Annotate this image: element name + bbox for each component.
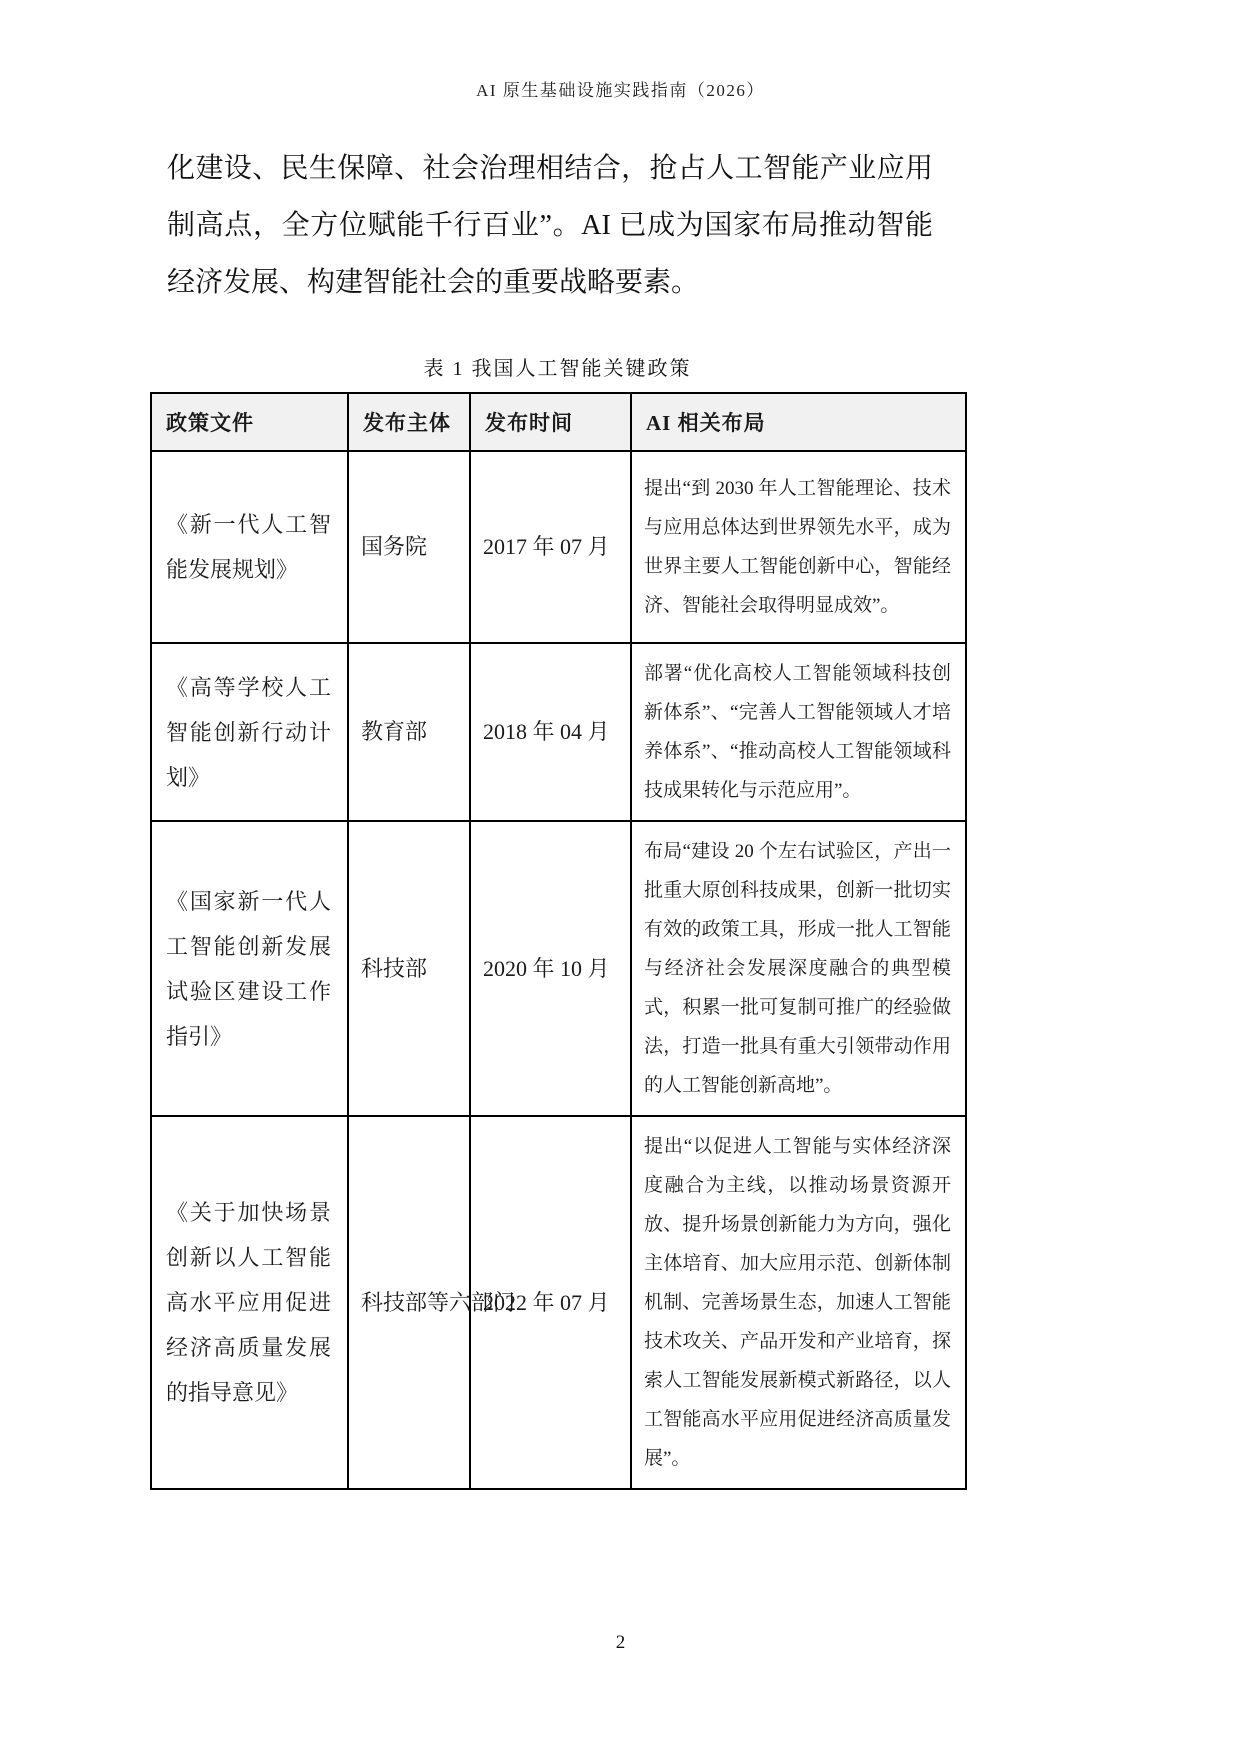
page-number: 2: [0, 1632, 1241, 1654]
cell-issuer: 国务院: [348, 451, 470, 643]
column-header-policy: 政策文件: [151, 393, 348, 451]
table-row: 《国家新一代人工智能创新发展试验区建设工作指引》 科技部 2020 年 10 月…: [151, 821, 966, 1116]
cell-date: 2017 年 07 月: [470, 451, 631, 643]
cell-policy: 《高等学校人工智能创新行动计划》: [151, 643, 348, 821]
table-row: 《关于加快场景创新以人工智能高水平应用促进经济高质量发展的指导意见》 科技部等六…: [151, 1116, 966, 1489]
document-page: AI 原生基础设施实践指南（2026） 化建设、民生保障、社会治理相结合，抢占人…: [0, 0, 1241, 1755]
cell-issuer: 科技部等六部门: [348, 1116, 470, 1489]
column-header-issuer: 发布主体: [348, 393, 470, 451]
cell-policy: 《关于加快场景创新以人工智能高水平应用促进经济高质量发展的指导意见》: [151, 1116, 348, 1489]
table-caption: 表 1 我国人工智能关键政策: [150, 352, 965, 381]
cell-date: 2020 年 10 月: [470, 821, 631, 1116]
cell-layout: 部署“优化高校人工智能领域科技创新体系”、“完善人工智能领域人才培养体系”、“推…: [631, 643, 966, 821]
table-row: 《新一代人工智能发展规划》 国务院 2017 年 07 月 提出“到 2030 …: [151, 451, 966, 643]
cell-policy: 《新一代人工智能发展规划》: [151, 451, 348, 643]
body-paragraph: 化建设、民生保障、社会治理相结合，抢占人工智能产业应用制高点，全方位赋能千行百业…: [167, 140, 933, 311]
cell-date: 2022 年 07 月: [470, 1116, 631, 1489]
column-header-date: 发布时间: [470, 393, 631, 451]
cell-layout: 提出“到 2030 年人工智能理论、技术与应用总体达到世界领先水平，成为世界主要…: [631, 451, 966, 643]
cell-issuer: 教育部: [348, 643, 470, 821]
column-header-layout: AI 相关布局: [631, 393, 966, 451]
policy-table: 政策文件 发布主体 发布时间 AI 相关布局 《新一代人工智能发展规划》 国务院…: [150, 392, 967, 1490]
cell-date: 2018 年 04 月: [470, 643, 631, 821]
table-row: 《高等学校人工智能创新行动计划》 教育部 2018 年 04 月 部署“优化高校…: [151, 643, 966, 821]
running-header: AI 原生基础设施实践指南（2026）: [0, 76, 1241, 101]
table-header-row: 政策文件 发布主体 发布时间 AI 相关布局: [151, 393, 966, 451]
cell-layout: 提出“以促进人工智能与实体经济深度融合为主线，以推动场景资源开放、提升场景创新能…: [631, 1116, 966, 1489]
cell-layout: 布局“建设 20 个左右试验区，产出一批重大原创科技成果，创新一批切实有效的政策…: [631, 821, 966, 1116]
cell-issuer: 科技部: [348, 821, 470, 1116]
cell-policy: 《国家新一代人工智能创新发展试验区建设工作指引》: [151, 821, 348, 1116]
